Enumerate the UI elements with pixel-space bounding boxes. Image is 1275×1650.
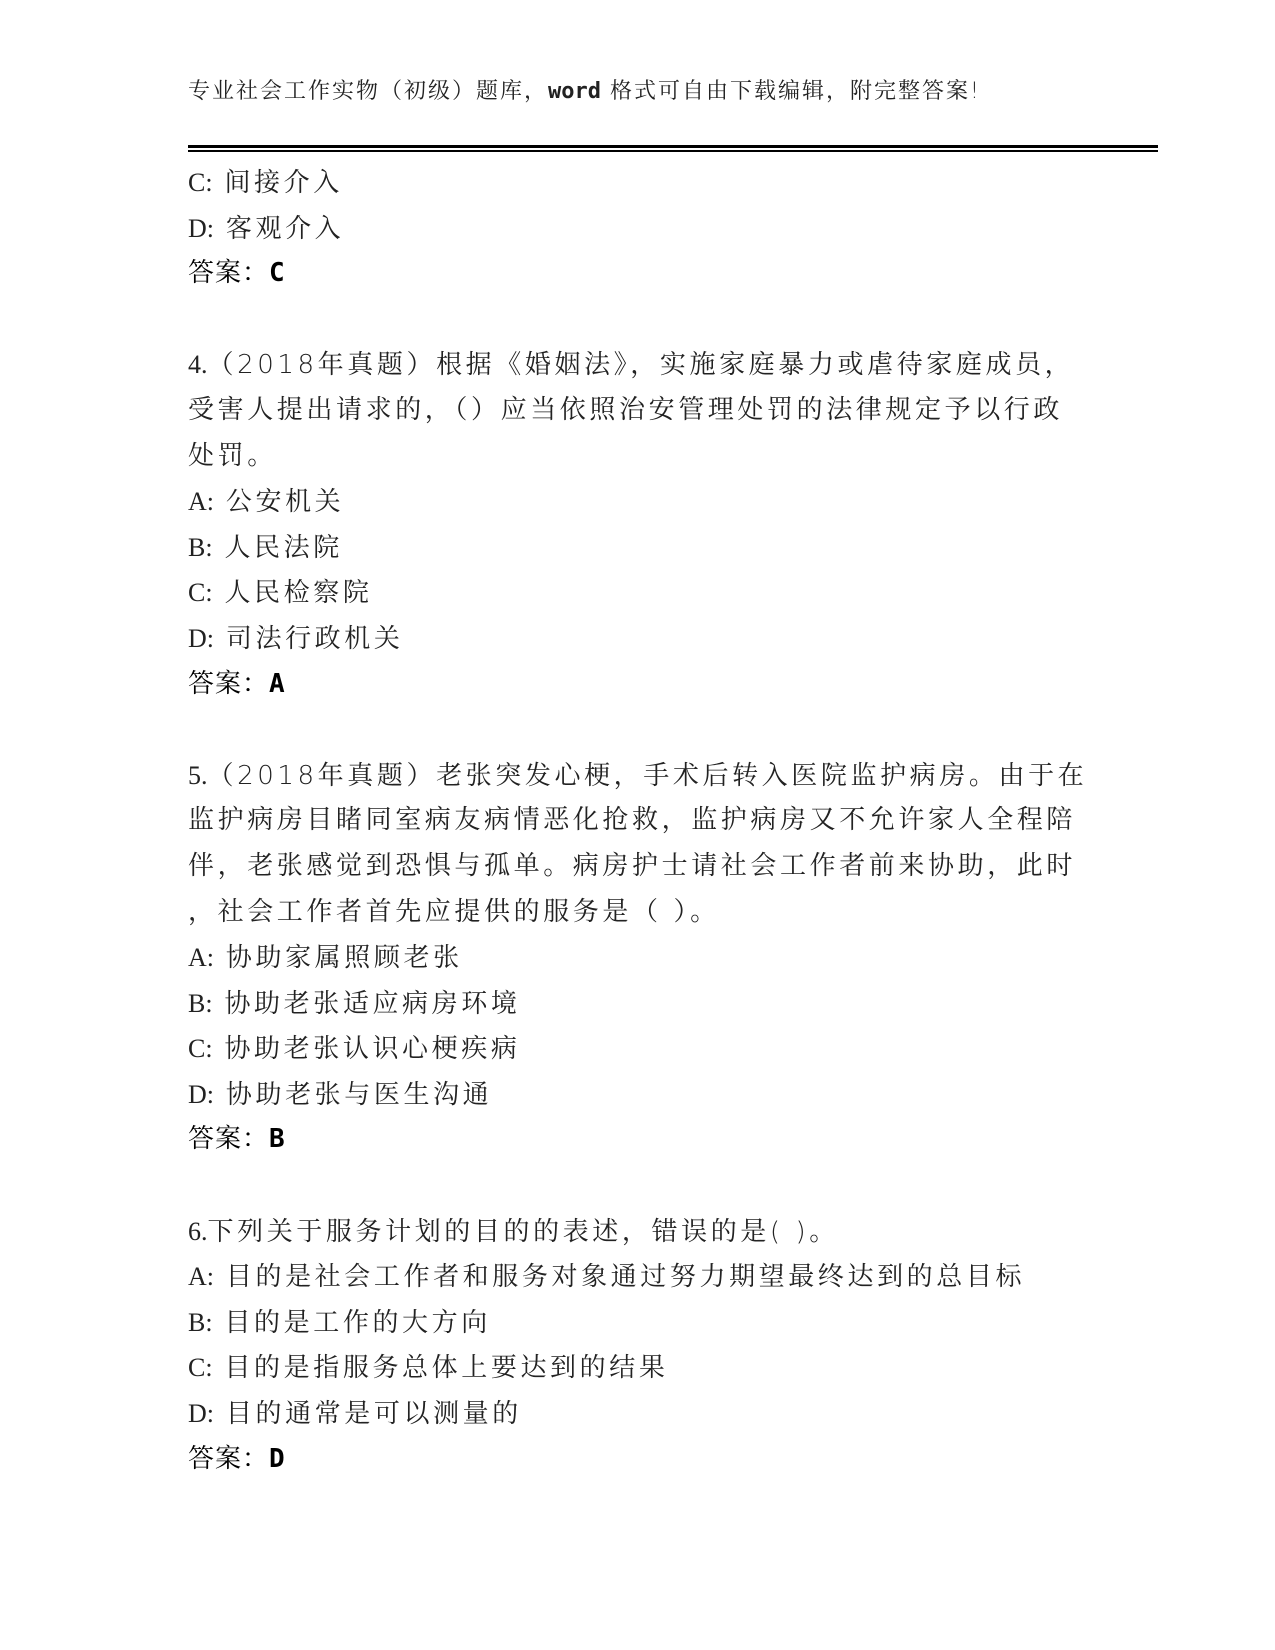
option-a: A: 公安机关: [188, 479, 1068, 525]
option-c: C: 人民检察院: [188, 570, 1068, 616]
spacer: [188, 297, 1068, 343]
option-b: B: 协助老张适应病房环境: [188, 981, 1068, 1027]
option-a: A: 目的是社会工作者和服务对象通过努力期望最终达到的总目标: [188, 1254, 1068, 1300]
question-text-line: 5.（2018年真题）老张突发心梗，手术后转入医院监护病房。由于在: [188, 753, 1068, 799]
question-text-line: 伴，老张感觉到恐惧与孤单。病房护士请社会工作者前来协助，此时: [188, 844, 1068, 890]
document-body: C: 间接介入 D: 客观介入 答案：C 4.（2018年真题）根据《婚姻法》，…: [188, 160, 1068, 1482]
header-text-before: 专业社会工作实物（初级）题库，: [188, 79, 548, 104]
continued-question: C: 间接介入 D: 客观介入 答案：C: [188, 160, 1068, 297]
answer-line: 答案：B: [188, 1117, 1068, 1163]
spacer: [188, 707, 1068, 753]
question-text-line: ，社会工作者首先应提供的服务是（ ）。: [188, 890, 1068, 936]
page-header: 专业社会工作实物（初级）题库，word 格式可自由下载编辑，附完整答案!: [188, 74, 981, 105]
question-text-line: 受害人提出请求的，（）应当依照治安管理处罚的法律规定予以行政: [188, 388, 1068, 434]
option-d: D: 客观介入: [188, 206, 1068, 252]
answer-line: 答案：D: [188, 1437, 1068, 1483]
question-5: 5.（2018年真题）老张突发心梗，手术后转入医院监护病房。由于在 监护病房目睹…: [188, 753, 1068, 1163]
question-text-line: 处罚。: [188, 434, 1068, 480]
question-text-line: 6.下列关于服务计划的目的的表述，错误的是( )。: [188, 1209, 1068, 1255]
header-text-word: word: [548, 79, 601, 104]
question-6: 6.下列关于服务计划的目的的表述，错误的是( )。 A: 目的是社会工作者和服务…: [188, 1209, 1068, 1483]
header-divider-thick: [188, 145, 1158, 148]
header-divider-thin: [188, 150, 1158, 152]
option-c: C: 目的是指服务总体上要达到的结果: [188, 1345, 1068, 1391]
question-4: 4.（2018年真题）根据《婚姻法》，实施家庭暴力或虐待家庭成员， 受害人提出请…: [188, 342, 1068, 707]
option-d: D: 司法行政机关: [188, 616, 1068, 662]
spacer: [188, 1163, 1068, 1209]
header-divider: [188, 145, 1158, 152]
option-b: B: 目的是工作的大方向: [188, 1300, 1068, 1346]
option-c: C: 间接介入: [188, 160, 1068, 206]
option-b: B: 人民法院: [188, 525, 1068, 571]
header-text-after: 格式可自由下载编辑，附完整答案!: [601, 79, 981, 104]
question-text-line: 监护病房目睹同室病友病情恶化抢救，监护病房又不允许家人全程陪: [188, 798, 1068, 844]
option-d: D: 目的通常是可以测量的: [188, 1391, 1068, 1437]
option-a: A: 协助家属照顾老张: [188, 935, 1068, 981]
answer-line: 答案：C: [188, 251, 1068, 297]
option-c: C: 协助老张认识心梗疾病: [188, 1026, 1068, 1072]
answer-line: 答案：A: [188, 662, 1068, 708]
option-d: D: 协助老张与医生沟通: [188, 1072, 1068, 1118]
question-text-line: 4.（2018年真题）根据《婚姻法》，实施家庭暴力或虐待家庭成员，: [188, 342, 1068, 388]
